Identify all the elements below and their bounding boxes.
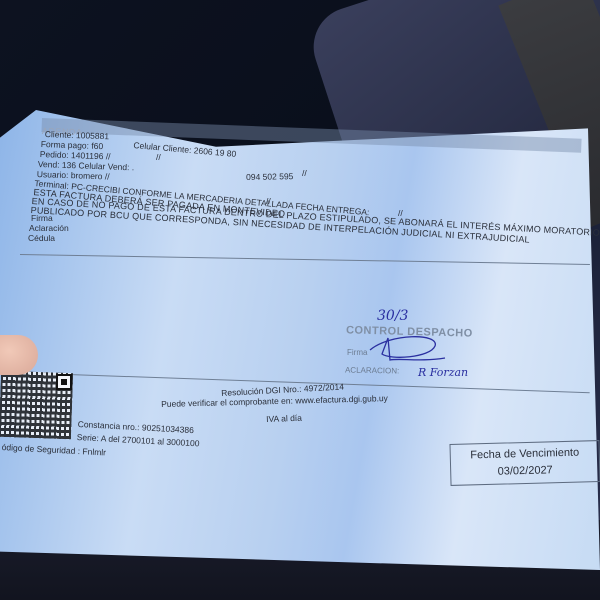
signature-scribble [360,328,450,368]
firma-label: Firma [31,213,53,223]
header-band [41,118,581,153]
cedula-label: Cédula [28,233,55,243]
verificar-comprobante: Puede verificar el comprobante en: www.e… [161,393,388,409]
control-aclaracion-label: ACLARACION: [345,366,399,376]
vencimiento-label: Fecha de Vencimiento [470,445,579,465]
divider-line [20,254,590,265]
separator: // [302,168,307,178]
iva-al-dia: IVA al día [266,413,302,424]
codigo-seguridad: ódigo de Seguridad : Fnlmlr [1,442,106,457]
handwritten-date: 30/3 [377,308,408,324]
celular-alt-field: 094 502 595 [246,171,293,182]
invoice-content: ADENDA Cliente: 1005881 Forma pago: f60 … [0,0,600,600]
celular-cliente-field: Celular Cliente: 2606 19 80 [133,140,236,159]
qr-finder-pattern [56,374,72,390]
vencimiento-date: 03/02/2027 [497,462,552,480]
vencimiento-box: Fecha de Vencimiento 03/02/2027 [449,440,600,486]
aclaracion-label: Aclaración [29,223,69,233]
thumb [0,335,38,375]
separator: // [156,152,161,162]
separator: // [266,196,271,206]
handwritten-name: R Forzan [418,366,468,379]
